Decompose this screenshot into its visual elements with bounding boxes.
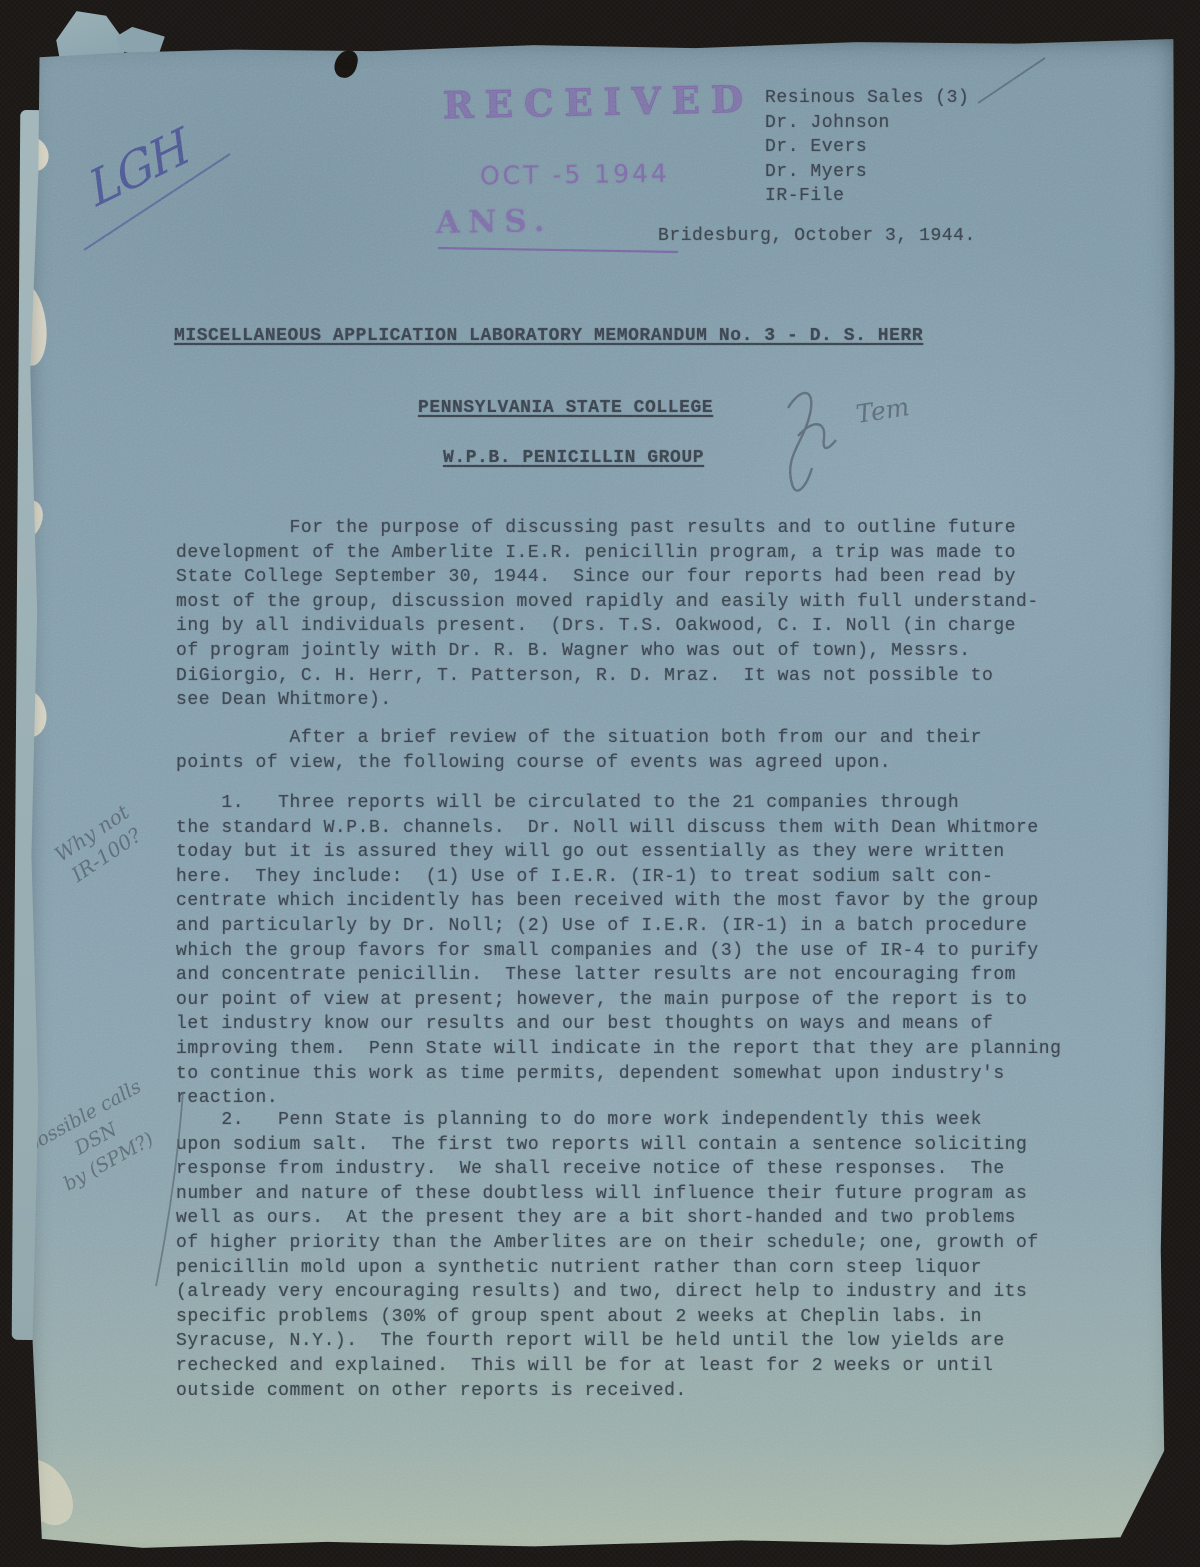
memo-page: RECEIVED OCT -5 1944 ANS. Resinous Sales… <box>28 36 1178 1554</box>
paper-edge-shading <box>28 36 1178 1554</box>
scanned-memo-screenshot: { "scan": { "background_color": "#1b1816… <box>0 0 1200 1567</box>
